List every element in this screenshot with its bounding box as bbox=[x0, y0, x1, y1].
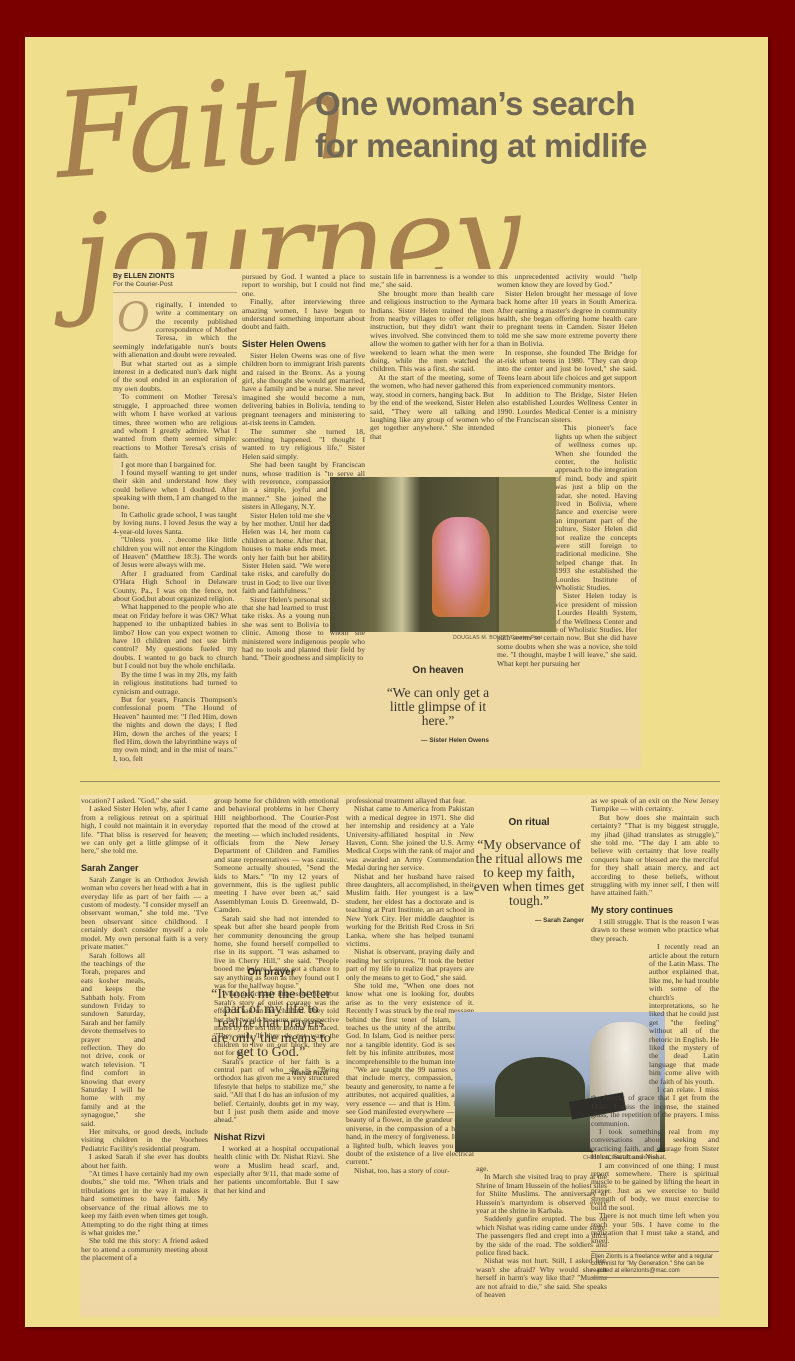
paragraph: Sarah follows all the teachings of the T… bbox=[81, 952, 145, 1129]
paragraph: I asked Sister Helen why, after I came f… bbox=[81, 805, 208, 855]
paragraph: sustain life in barrenness is a wonder t… bbox=[370, 273, 494, 290]
pullquote-prayer: On prayer “It took me the better part of… bbox=[210, 967, 332, 1077]
paragraph: "Unless you. . .become like little child… bbox=[113, 536, 237, 570]
paragraph: Originally, I intended to write a commen… bbox=[113, 301, 237, 360]
paragraph: In March she visited Iraq to pray at the… bbox=[476, 1173, 607, 1215]
subhead-sarah: Sarah Zanger bbox=[81, 862, 208, 874]
paragraph: In addition to The Bridge, Sister Helen … bbox=[497, 391, 637, 425]
top-column-1: By ELLEN ZIONTS For the Courier-Post Ori… bbox=[113, 273, 237, 767]
headline: One woman’s search for meaning at midlif… bbox=[315, 83, 647, 167]
paragraph: After I graduated from Cardinal O'Hara H… bbox=[113, 570, 237, 604]
paragraph: But how does she maintain such certainty… bbox=[591, 814, 719, 898]
byline-affiliation: For the Courier-Post bbox=[113, 281, 237, 292]
paragraph: I am convinced of one thing: I must repo… bbox=[591, 1162, 719, 1212]
paragraph: Sarah Zanger is an Orthodox Jewish woman… bbox=[81, 876, 208, 952]
paragraph: group home for children with emotional a… bbox=[214, 797, 339, 915]
paragraph: Suddenly gunfire erupted. The bus on whi… bbox=[476, 1215, 607, 1257]
pullquote-text: “My observance of the ritual allows me t… bbox=[470, 838, 588, 908]
subhead-sister-helen: Sister Helen Owens bbox=[242, 338, 365, 350]
paragraph: Nishat was not hurt. Still, I asked her,… bbox=[476, 1257, 607, 1299]
subhead-my-story: My story continues bbox=[591, 904, 719, 916]
author-bio: Ellen Zionts is a freelance writer and a… bbox=[591, 1251, 719, 1279]
paragraph: Nishat came to America from Pakistan wit… bbox=[346, 805, 474, 872]
paragraph: In response, she founded The Bridge for … bbox=[497, 349, 637, 391]
pullquote-attribution: — Nishat Rizvi bbox=[210, 1070, 332, 1077]
pullquote-text: “We can only get a little glimpse of it … bbox=[383, 686, 493, 728]
paragraph: I can relate. I miss the feeling of grac… bbox=[591, 1086, 719, 1128]
paragraph: The summer she turned 18, something happ… bbox=[242, 428, 365, 462]
photo-sister-helen bbox=[330, 477, 556, 632]
byline-author: By ELLEN ZIONTS bbox=[113, 273, 237, 281]
paragraph: as we speak of an exit on the New Jersey… bbox=[591, 797, 719, 814]
pullquote-attribution: — Sister Helen Owens bbox=[383, 737, 493, 744]
photo-credit-top: DOUGLAS M. BOVITT/Courier-Post bbox=[453, 635, 542, 641]
paragraph: Nishat and her husband have raised three… bbox=[346, 873, 474, 949]
pullquote-ritual: On ritual “My observance of the ritual a… bbox=[470, 817, 588, 924]
paragraph: I still struggle. That is the reason I w… bbox=[591, 918, 719, 943]
headline-line-2: for meaning at midlife bbox=[315, 125, 647, 167]
pullquote-title: On prayer bbox=[210, 967, 332, 978]
paragraph: I found myself wanting to get under thei… bbox=[113, 469, 237, 511]
headline-line-1: One woman’s search bbox=[315, 83, 647, 125]
pullquote-attribution: — Sarah Zanger bbox=[470, 917, 588, 924]
paragraph: She told me this story: A friend asked h… bbox=[81, 1237, 208, 1262]
pullquote-title: On ritual bbox=[470, 817, 588, 828]
subhead-nishat: Nishat Rizvi bbox=[214, 1131, 339, 1143]
drop-cap: O bbox=[117, 301, 150, 335]
paragraph: Nishat, too, has a story of cour- bbox=[346, 1167, 474, 1175]
paragraph: At the start of the meeting, some of the… bbox=[370, 374, 494, 441]
bottom-column-1: vocation? I asked. "God," she said. I as… bbox=[81, 797, 208, 1317]
paragraph: Her mitvahs, or good deeds, include visi… bbox=[81, 1128, 208, 1153]
photo-figure bbox=[432, 517, 490, 617]
paragraph: What happened to the people who ate meat… bbox=[113, 603, 237, 670]
title-faith: Faith bbox=[51, 57, 354, 195]
paragraph: But what started out as a simple interes… bbox=[113, 360, 237, 394]
pullquote-title: On heaven bbox=[383, 665, 493, 676]
paragraph: I took something real from my conversati… bbox=[591, 1128, 719, 1162]
bottom-column-4: age. In March she visited Iraq to pray a… bbox=[476, 1165, 607, 1315]
pullquote-heaven: On heaven “We can only get a little glim… bbox=[383, 665, 493, 744]
section-divider bbox=[80, 781, 720, 782]
bottom-column-5: as we speak of an exit on the New Jersey… bbox=[591, 797, 719, 1317]
paragraph: I asked Sarah if she ever has doubts abo… bbox=[81, 1153, 208, 1170]
paragraph: But for years, Francis Thompson's confes… bbox=[113, 696, 237, 763]
paragraph: To comment on Mother Teresa's struggle, … bbox=[113, 393, 237, 460]
paragraph: In Catholic grade school, I was taught b… bbox=[113, 511, 237, 536]
paragraph: Finally, after interviewing three amazin… bbox=[242, 298, 365, 332]
pullquote-text: “It took me the better part of my life t… bbox=[210, 988, 332, 1061]
page-background: Faith journey One woman’s search for mea… bbox=[25, 37, 768, 1327]
paragraph: Sister Helen Owens was one of five child… bbox=[242, 352, 365, 428]
photo-door bbox=[496, 477, 556, 632]
paragraph: I worked at a hospital occupational heal… bbox=[214, 1145, 339, 1195]
paragraph: pursued by God. I wanted a place to repo… bbox=[242, 273, 365, 298]
paragraph: Sister Helen brought her message of love… bbox=[497, 290, 637, 349]
paragraph: this unprecedented activity would "help … bbox=[497, 273, 637, 290]
paragraph: "At times I have certainly had my own do… bbox=[81, 1170, 208, 1237]
paragraph: Nishat is observant, praying daily and r… bbox=[346, 948, 474, 982]
paragraph: There is not much time left when you rea… bbox=[591, 1212, 719, 1246]
paragraph: By the time I was in my 20s, my faith in… bbox=[113, 671, 237, 696]
top-column-3: sustain life in barrenness is a wonder t… bbox=[370, 273, 494, 473]
paragraph: She brought more than health care and re… bbox=[370, 290, 494, 374]
